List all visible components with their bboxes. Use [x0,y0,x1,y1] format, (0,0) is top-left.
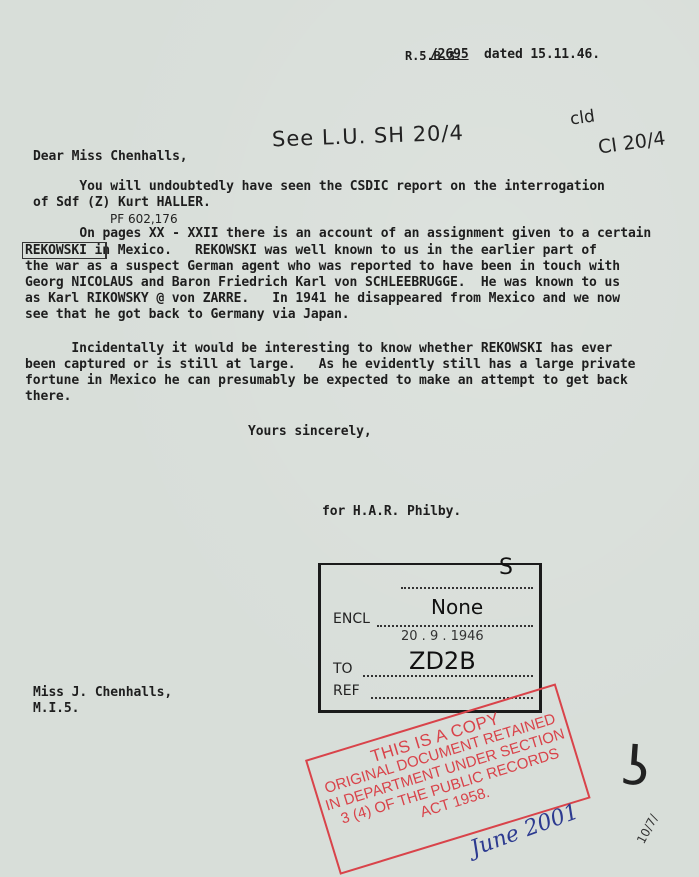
paragraph-2-line-1: On pages XX - XXII there is an account o… [33,226,651,242]
dotted-rule [363,675,533,677]
to-label: TO [333,661,353,677]
handwritten-cld: cld [569,106,596,129]
paragraph-3-line-1: Incidentally it would be interesting to … [25,341,612,357]
registry-date: 20 . 9 . 1946 [401,629,484,644]
recipient-name: Miss J. Chenhalls, [33,685,172,701]
encl-label: ENCL [333,611,370,627]
salutation: Dear Miss Chenhalls, [33,149,188,165]
margin-initials-date: 10/7/ [634,812,661,846]
ref-label: REF [333,683,360,699]
paragraph-3-line-3: fortune in Mexico he can presumably be e… [25,373,628,389]
dotted-rule [401,587,533,589]
signature-line: for H.A.R. Philby. [322,504,461,520]
reference-section: R.5.B.3. [405,48,462,64]
reference-date: dated 15.11.46. [484,47,600,62]
paragraph-2-line-4: Georg NICOLAUS and Baron Friedrich Karl … [25,275,620,291]
paragraph-2-line-2: REKOWSKI in Mexico. REKOWSKI was well kn… [25,243,597,259]
paragraph-1-line-1: You will undoubtedly have seen the CSDIC… [33,179,605,195]
margin-initials: ʖ [620,734,652,799]
handwritten-pf-note: PF 602,176 [110,212,178,226]
closing: Yours sincerely, [248,424,372,440]
paragraph-3-line-4: there. [25,389,71,405]
paragraph-2-line-5: as Karl RIKOWSKY @ von ZARRE. In 1941 he… [25,291,620,307]
paragraph-3-line-2: been captured or is still at large. As h… [25,357,635,373]
paragraph-2-line-6: see that he got back to Germany via Japa… [25,307,350,323]
registry-stamp: S ENCL None 20 . 9 . 1946 TO ZD2B REF [318,563,542,713]
registry-mark: S [499,555,513,580]
handwritten-note-top: See L.U. SH 20/4 [272,121,465,152]
document-page: /2695 dated 15.11.46. R.5.B.3. See L.U. … [0,0,699,877]
rekowski-bracket-mark [22,242,107,259]
handwritten-cid-note: CI 20/4 [597,127,667,158]
dotted-rule [377,625,533,627]
paragraph-1-line-2: of Sdf (Z) Kurt HALLER. [33,195,211,211]
encl-value: None [431,595,483,619]
recipient-org: M.I.5. [33,701,79,717]
to-value: ZD2B [409,647,476,675]
paragraph-2-line-3: the war as a suspect German agent who wa… [25,259,620,275]
